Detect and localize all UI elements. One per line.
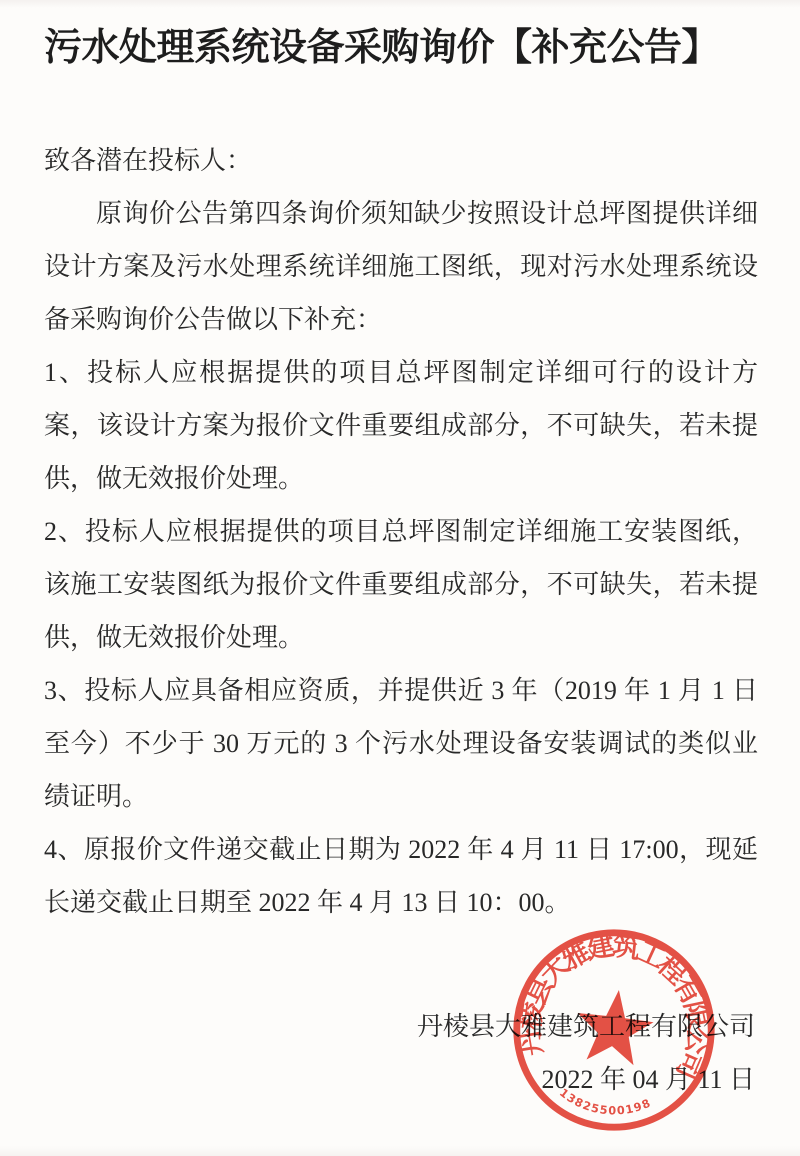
item-2: 2、投标人应根据提供的项目总坪图制定详细施工安装图纸，该施工安装图纸为报价文件重… [44, 505, 758, 664]
page-title: 污水处理系统设备采购询价【补充公告】 [44, 22, 756, 74]
intro-paragraph: 原询价公告第四条询价须知缺少按照设计总坪图提供详细设计方案及污水处理系统详细施工… [44, 187, 758, 346]
item-1: 1、投标人应根据提供的项目总坪图制定详细可行的设计方案，该设计方案为报价文件重要… [44, 346, 758, 505]
document-body: 致各潜在投标人： 原询价公告第四条询价须知缺少按照设计总坪图提供详细设计方案及污… [44, 134, 758, 929]
document-page: 污水处理系统设备采购询价【补充公告】 致各潜在投标人： 原询价公告第四条询价须知… [0, 0, 800, 1156]
salutation: 致各潜在投标人： [44, 134, 758, 187]
seal-star-icon [572, 985, 657, 1067]
company-seal-stamp: 丹棱县大雅建筑工程有限公司 5138255001980 [494, 910, 735, 1151]
item-4: 4、原报价文件递交截止日期为 2022 年 4 月 11 日 17:00，现延长… [44, 823, 758, 929]
item-3: 3、投标人应具备相应资质，并提供近 3 年（2019 年 1 月 1 日至今）不… [44, 664, 758, 823]
